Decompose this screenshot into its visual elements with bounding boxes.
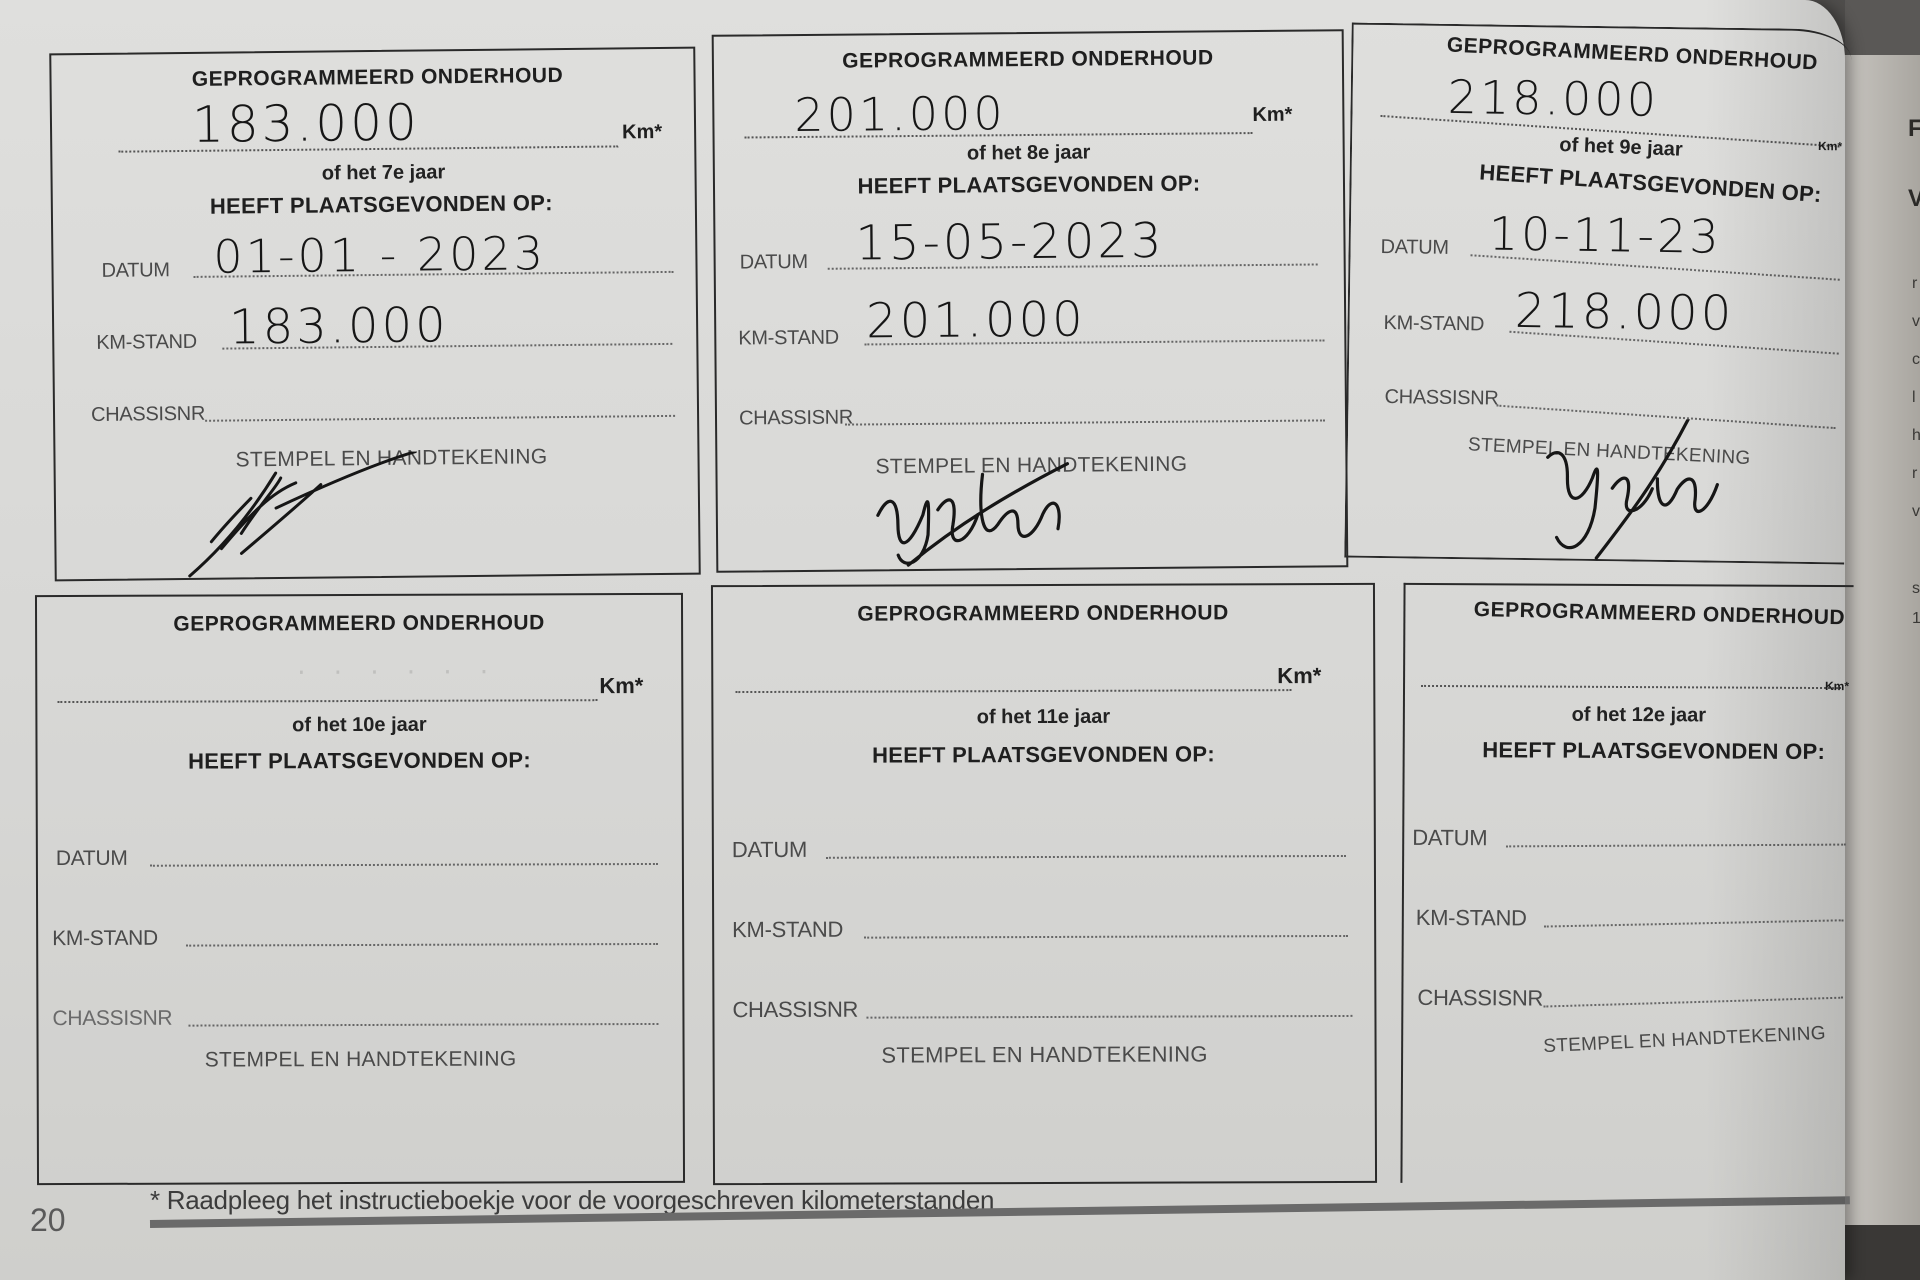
km-reading-field[interactable] [1544,919,1844,927]
date-label: DATUM [740,251,808,275]
chassis-field[interactable] [205,415,675,422]
year-label: of het 12e jaar [1425,703,1853,728]
faint-imprint: · · · · · · [297,658,498,689]
page-number: 20 [30,1202,66,1239]
maintenance-box-year-8: GEPROGRAMMEERD ONDERHOUD 201.000 Km* of … [712,29,1349,572]
adjacent-page-fragment: c [1912,351,1920,369]
chassis-label: CHASSISNR [91,403,205,427]
adjacent-page-fragment: v [1912,313,1920,331]
occurred-on-label: HEEFT PLAATSGEVONDEN OP: [68,189,695,222]
km-unit: Km* [1825,679,1849,693]
handwritten-date: 15-05-2023 [855,213,1164,272]
year-label: of het 11e jaar [713,705,1373,730]
handwritten-date: 01-01 - 2023 [213,226,546,283]
signature-mark [867,454,1088,576]
handwritten-km-reading: 201.000 [866,292,1086,350]
chassis-field[interactable] [866,1015,1352,1019]
chassis-label: CHASSISNR [732,997,858,1023]
maintenance-box-year-11: GEPROGRAMMEERD ONDERHOUD Km* of het 11e … [711,583,1377,1185]
km-unit: Km* [599,673,643,699]
chassis-field[interactable] [188,1023,658,1027]
chassis-label: CHASSISNR [52,1007,172,1031]
maintenance-box-year-12: GEPROGRAMMEERD ONDERHOUD Km* of het 12e … [1400,583,1853,1185]
adjacent-page-fragment: F [1908,115,1920,143]
date-row: DATUM [714,823,1374,865]
date-field[interactable] [826,855,1346,859]
km-reading-label: KM-STAND [732,917,843,943]
adjacent-page-fragment: V [1908,185,1920,213]
adjacent-page-fragment: 1 [1912,610,1920,628]
adjacent-page-fragment: r [1912,275,1917,293]
chassis-label: CHASSISNR [739,407,853,431]
adjacent-page-fragment: l [1912,389,1916,407]
km-reading-row: KM-STAND [714,903,1374,945]
km-reading-label: KM-STAND [96,331,197,355]
stamp-signature-label: STEMPEL EN HANDTEKENING [39,1047,683,1073]
box-title: GEPROGRAMMEERD ONDERHOUD [713,601,1373,627]
date-row: DATUM 15-05-2023 [715,231,1343,276]
chassis-label: CHASSISNR [1417,985,1543,1012]
maintenance-box-year-9: GEPROGRAMMEERD ONDERHOUD 218.000 Km* of … [1344,23,1851,565]
chassis-row: CHASSISNR [38,991,682,1033]
chassis-field[interactable] [1543,997,1843,1008]
scheduled-km-line [735,689,1291,693]
chassis-row: CHASSISNR [714,983,1374,1025]
date-label: DATUM [56,847,128,871]
km-reading-row: KM-STAND 218.000 [1349,297,1848,344]
adjacent-page-fragment: v [1912,503,1920,521]
km-reading-row: KM-STAND 201.000 [716,307,1344,352]
km-reading-label: KM-STAND [52,927,158,951]
date-label: DATUM [101,259,169,283]
km-reading-field[interactable] [864,935,1348,939]
km-reading-field[interactable] [186,943,658,947]
handwritten-scheduled-km: 218.000 [1447,70,1659,127]
stamp-signature-label: STEMPEL EN HANDTEKENING [715,1041,1375,1069]
occurred-on-label: HEEFT PLAATSGEVONDEN OP: [715,169,1343,200]
date-label: DATUM [732,837,807,863]
date-field[interactable] [1506,844,1846,848]
chassis-field[interactable] [845,419,1325,425]
km-reading-row: KM-STAND 183.000 [54,311,696,358]
year-label: of het 8e jaar [715,139,1343,167]
chassis-row: CHASSISNR [717,387,1345,432]
occurred-on-label: HEEFT PLAATSGEVONDEN OP: [1425,737,1883,765]
km-unit: Km* [1252,104,1292,127]
year-label: of het 7e jaar [72,159,694,189]
km-unit: Km* [622,121,662,144]
handwritten-scheduled-km: 183.000 [192,94,420,154]
adjacent-page-fragment: r [1912,465,1917,483]
scheduled-km-line [1421,685,1841,689]
handwritten-date: 10-11-23 [1488,206,1722,263]
km-unit: Km* [1277,663,1321,689]
occurred-on-label: HEEFT PLAATSGEVONDEN OP: [714,741,1374,769]
signature-mark [1536,417,1738,570]
maintenance-box-year-10: GEPROGRAMMEERD ONDERHOUD · · · · · · Km*… [35,593,685,1185]
date-field[interactable] [150,863,658,867]
scheduled-km-line [57,699,597,703]
km-reading-row: KM-STAND [1404,893,1852,935]
date-label: DATUM [1412,825,1487,851]
date-row: DATUM [1404,813,1852,855]
chassis-row: CHASSISNR [1348,371,1847,418]
chassis-label: CHASSISNR [1384,386,1498,411]
km-reading-label: KM-STAND [738,327,839,351]
signature-mark [180,452,421,585]
chassis-row: CHASSISNR [55,383,697,430]
handwritten-km-reading: 183.000 [229,297,449,355]
chassis-row: CHASSISNR [1403,973,1851,1015]
date-row: DATUM 01-01 - 2023 [53,239,695,286]
box-title: GEPROGRAMMEERD ONDERHOUD [61,63,693,94]
handwritten-km-reading: 218.000 [1514,283,1734,342]
date-row: DATUM [38,831,682,873]
box-title: GEPROGRAMMEERD ONDERHOUD [714,45,1342,74]
maintenance-box-year-7: GEPROGRAMMEERD ONDERHOUD 183.000 Km* of … [49,47,700,582]
date-label: DATUM [1380,236,1448,260]
stamp-signature-label: STEMPEL EN HANDTEKENING [1543,1021,1872,1058]
box-title: GEPROGRAMMEERD ONDERHOUD [1425,597,1893,632]
date-row: DATUM 10-11-23 [1350,221,1849,268]
km-reading-label: KM-STAND [1383,312,1484,336]
adjacent-page-fragment: h [1912,427,1920,445]
km-reading-row: KM-STAND [38,911,682,953]
adjacent-page-fragment: s [1912,580,1920,598]
year-label: of het 10e jaar [37,713,681,738]
box-title: GEPROGRAMMEERD ONDERHOUD [37,611,681,637]
booklet-page: GEPROGRAMMEERD ONDERHOUD 183.000 Km* of … [0,0,1845,1280]
occurred-on-label: HEEFT PLAATSGEVONDEN OP: [38,747,682,775]
km-reading-label: KM-STAND [1416,905,1527,932]
